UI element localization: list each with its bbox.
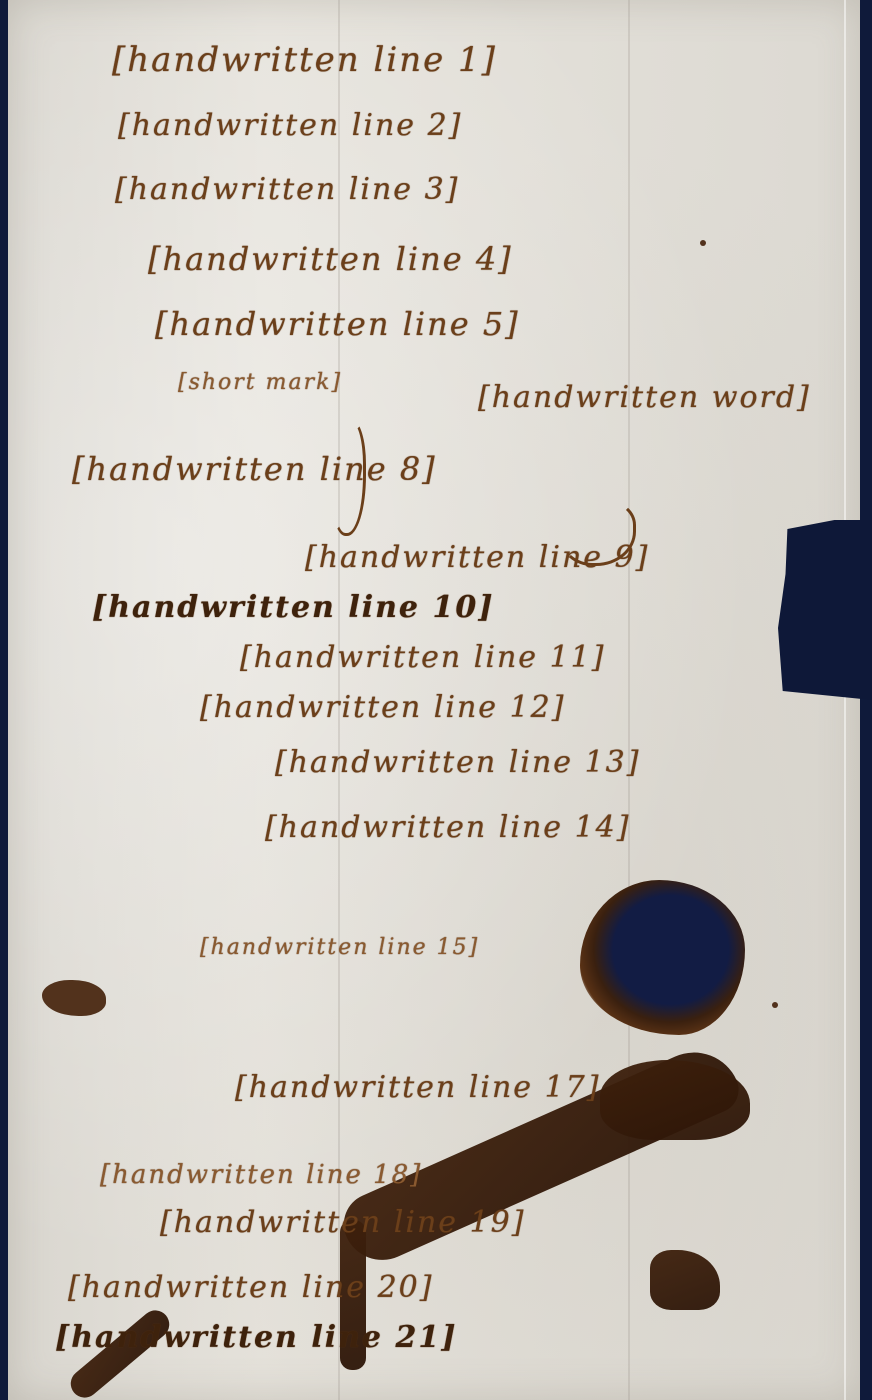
manuscript-line: [handwritten line 8]	[72, 450, 437, 488]
manuscript-line: [handwritten line 18]	[100, 1160, 422, 1190]
manuscript-line: [handwritten line 3]	[115, 172, 459, 207]
manuscript-line: [handwritten line 14]	[265, 810, 630, 845]
paper-fold	[628, 0, 630, 1400]
manuscript-line: [handwritten line 21]	[55, 1320, 457, 1355]
manuscript-line: [handwritten line 19]	[160, 1205, 525, 1240]
manuscript-line: [handwritten line 4]	[148, 240, 513, 278]
manuscript-mark: [short mark]	[178, 370, 342, 395]
manuscript-line: [handwritten line 13]	[275, 745, 640, 780]
manuscript-line: [handwritten line 11]	[240, 640, 605, 675]
manuscript-line: [handwritten word]	[478, 380, 811, 415]
manuscript-line: [handwritten line 2]	[118, 108, 462, 143]
burn-hole	[580, 880, 745, 1035]
manuscript-line: [handwritten line 17]	[235, 1070, 600, 1105]
manuscript-line: [handwritten line 5]	[155, 305, 520, 343]
manuscript-line: [handwritten line 12]	[200, 690, 565, 725]
manuscript-line: [handwritten line 15]	[200, 935, 479, 960]
ink-speck	[700, 240, 706, 246]
paper-fold	[844, 0, 846, 1400]
manuscript-line: [handwritten line 20]	[68, 1270, 433, 1305]
manuscript-line: [handwritten line 1]	[112, 40, 497, 80]
manuscript-line: [handwritten line 10]	[92, 590, 494, 625]
ink-speck	[772, 1002, 778, 1008]
torn-edge	[778, 520, 872, 700]
